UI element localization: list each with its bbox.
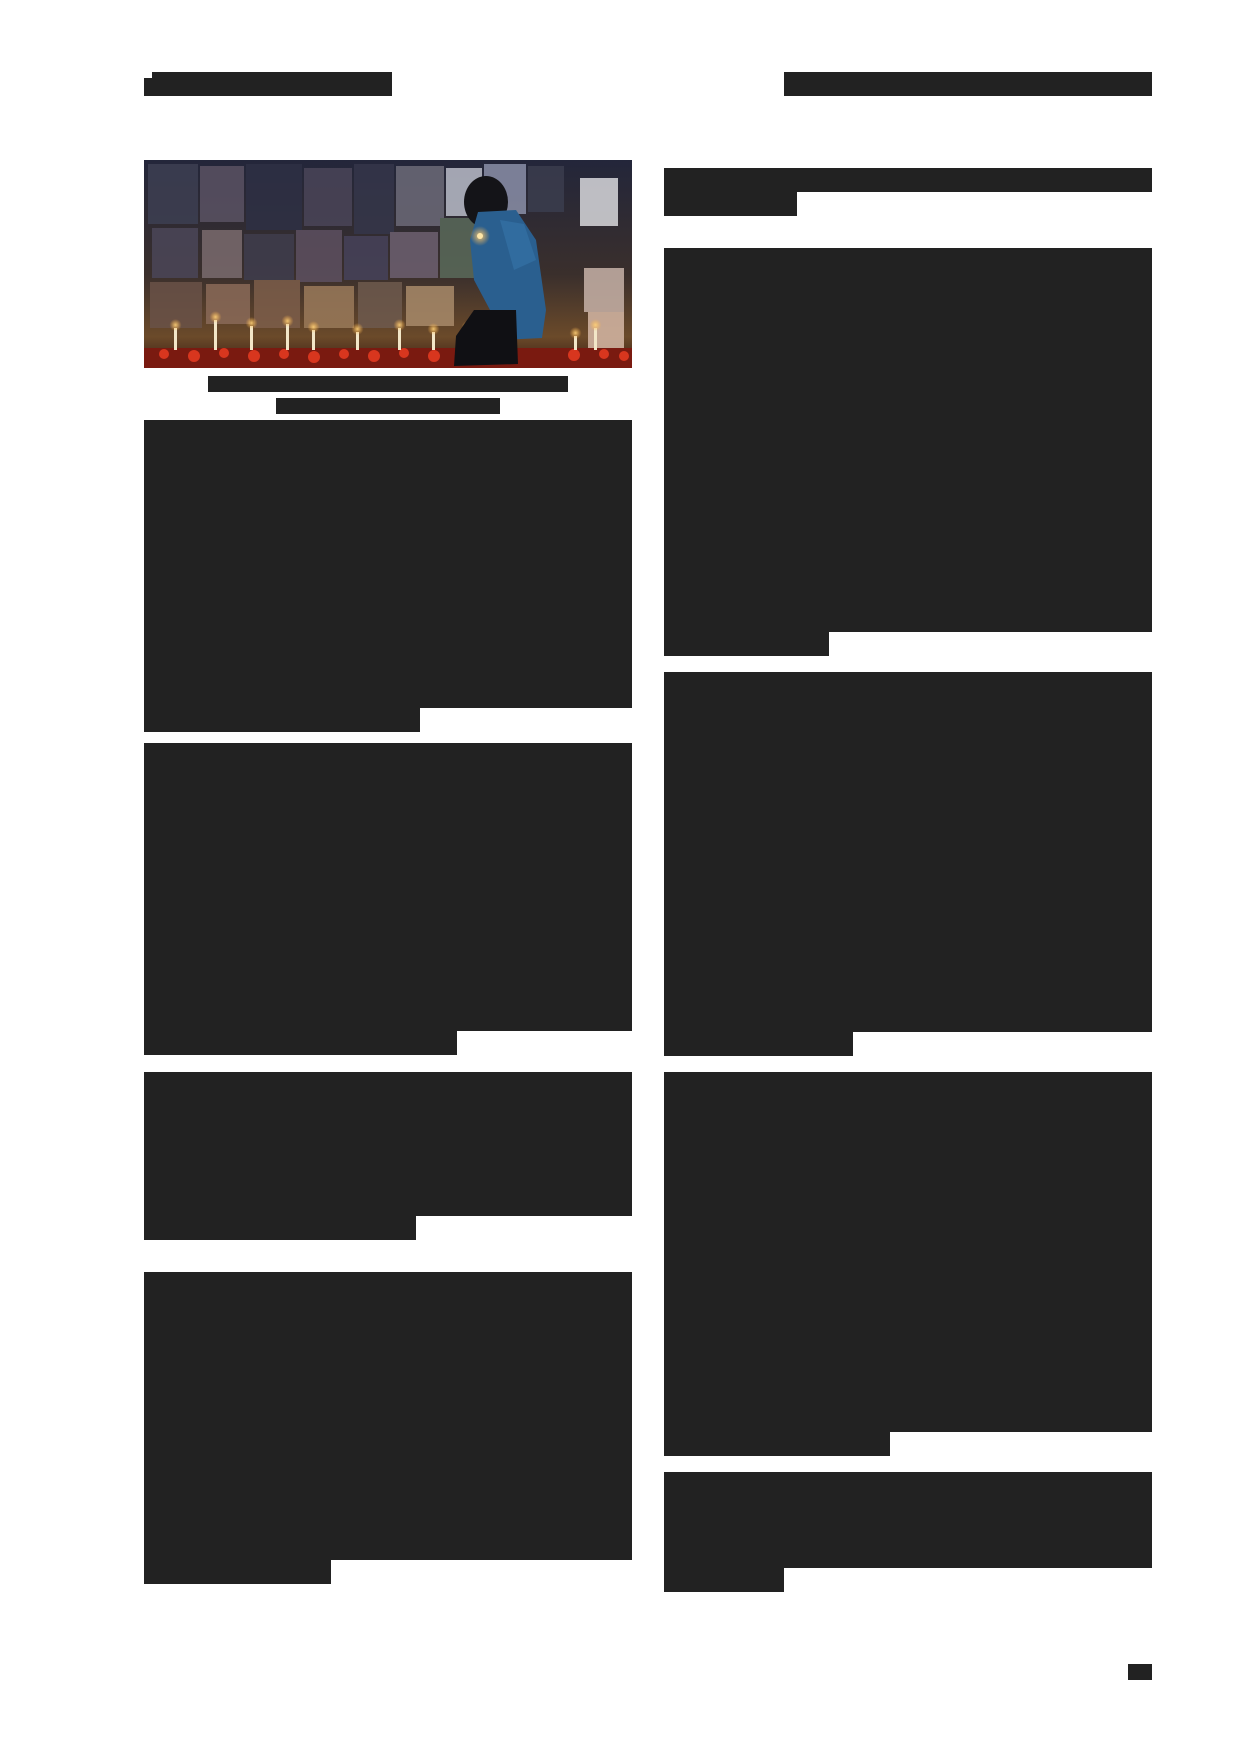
text-line: [redacted paragraph] (664, 464, 1152, 488)
text-line: [redacted paragraph] (664, 192, 797, 216)
text-line: [redacted paragraph] (664, 1312, 1152, 1336)
text-line: [redacted paragraph] (664, 1240, 1152, 1264)
text-line: [redacted paragraph] (144, 1296, 632, 1320)
text-line: [redacted paragraph] (144, 1368, 632, 1392)
vigil-image-icon (144, 160, 632, 368)
paragraph: [redacted paragraph][redacted paragraph]… (664, 1472, 1152, 1592)
text-line: [redacted paragraph] (664, 1096, 1152, 1120)
text-line: [redacted paragraph] (664, 1472, 1152, 1496)
text-line: [redacted paragraph] (664, 272, 1152, 296)
text-line: [redacted paragraph] (664, 1072, 1152, 1096)
text-line: [redacted paragraph] (664, 368, 1152, 392)
text-line: [redacted paragraph] (664, 744, 1152, 768)
text-line: [redacted paragraph] (664, 984, 1152, 1008)
text-line: [redacted paragraph] (144, 887, 632, 911)
text-line: [redacted paragraph] (144, 1072, 632, 1096)
text-line: [redacted paragraph] (144, 636, 632, 660)
text-line: [redacted paragraph] (664, 608, 1152, 632)
text-line: [redacted paragraph] (664, 1264, 1152, 1288)
text-line: [redacted paragraph] (664, 392, 1152, 416)
text-line: [redacted paragraph] (664, 1120, 1152, 1144)
text-line: [redacted paragraph] (144, 1144, 632, 1168)
running-header-right: [redacted section title] (784, 72, 1152, 96)
text-line: [redacted paragraph] (664, 488, 1152, 512)
text-line: [redacted paragraph] (664, 1568, 784, 1592)
text-line: [redacted paragraph] (144, 708, 420, 732)
text-line: [redacted paragraph] (664, 1032, 853, 1056)
text-line: [redacted paragraph] (664, 1496, 1152, 1520)
text-line: [redacted paragraph] (664, 768, 1152, 792)
text-line: [redacted paragraph] (144, 492, 632, 516)
text-line: [redacted paragraph] (144, 791, 632, 815)
text-line: [redacted paragraph] (144, 420, 632, 444)
text-line: [redacted paragraph] (144, 959, 632, 983)
text-line: [redacted paragraph] (144, 1560, 331, 1584)
text-line: [redacted paragraph] (664, 1544, 1152, 1568)
vigil-photo (144, 160, 632, 368)
paragraph: [redacted paragraph][redacted paragraph]… (664, 1072, 1152, 1456)
text-line: [redacted paragraph] (664, 512, 1152, 536)
text-line: [redacted paragraph] (144, 1320, 632, 1344)
text-line: [redacted paragraph] (144, 1216, 416, 1240)
text-line: [redacted paragraph] (144, 1272, 632, 1296)
text-line: [redacted paragraph] (664, 320, 1152, 344)
text-line: [redacted paragraph] (664, 1168, 1152, 1192)
text-line: [redacted paragraph] (664, 1432, 890, 1456)
paragraph: [redacted paragraph][redacted paragraph]… (144, 420, 632, 732)
caption-line: [redacted caption line 1] (208, 376, 568, 392)
figure-caption: [redacted caption line 1] [redacted capt… (144, 376, 632, 420)
text-line: [redacted paragraph] (664, 672, 1152, 696)
text-line: [redacted paragraph] (144, 444, 632, 468)
text-line: [redacted paragraph] (664, 344, 1152, 368)
text-line: [redacted paragraph] (664, 416, 1152, 440)
text-line: [redacted paragraph] (144, 1168, 632, 1192)
text-line: [redacted paragraph] (144, 516, 632, 540)
text-line: [redacted paragraph] (664, 1192, 1152, 1216)
text-line: [redacted paragraph] (144, 1096, 632, 1120)
text-line: [redacted paragraph] (144, 1440, 632, 1464)
text-line: [redacted paragraph] (664, 1360, 1152, 1384)
text-line: [redacted paragraph] (664, 960, 1152, 984)
text-line: [redacted paragraph] (664, 720, 1152, 744)
text-line: [redacted paragraph] (664, 632, 829, 656)
text-line: [redacted paragraph] (664, 1336, 1152, 1360)
page-number: [redacted] (1128, 1664, 1152, 1680)
text-line: [redacted paragraph] (664, 168, 1152, 192)
text-line: [redacted paragraph] (664, 792, 1152, 816)
paragraph: [redacted paragraph][redacted paragraph]… (144, 1072, 632, 1240)
paragraph: [redacted paragraph][redacted paragraph]… (144, 743, 632, 1055)
text-line: [redacted paragraph] (144, 588, 632, 612)
text-line: [redacted paragraph] (144, 1536, 632, 1560)
text-line: [redacted paragraph] (144, 564, 632, 588)
text-line: [redacted paragraph] (664, 1384, 1152, 1408)
text-line: [redacted paragraph] (664, 584, 1152, 608)
text-line: [redacted paragraph] (664, 1008, 1152, 1032)
text-line: [redacted paragraph] (144, 684, 632, 708)
text-line: [redacted paragraph] (144, 1464, 632, 1488)
text-line: [redacted paragraph] (664, 888, 1152, 912)
text-line: [redacted paragraph] (144, 1416, 632, 1440)
text-line: [redacted paragraph] (144, 468, 632, 492)
paragraph: [redacted paragraph][redacted paragraph]… (664, 248, 1152, 656)
text-line: [redacted paragraph] (664, 536, 1152, 560)
running-header-left: [redacted running header] (144, 72, 392, 96)
text-line: [redacted paragraph] (664, 560, 1152, 584)
text-line: [redacted paragraph] (144, 540, 632, 564)
text-line: [redacted paragraph] (664, 296, 1152, 320)
text-line: [redacted paragraph] (144, 1512, 632, 1536)
paragraph: [redacted paragraph][redacted paragraph]… (144, 1272, 632, 1584)
text-line: [redacted paragraph] (664, 840, 1152, 864)
text-line: [redacted paragraph] (144, 612, 632, 636)
text-line: [redacted paragraph] (664, 936, 1152, 960)
text-line: [redacted paragraph] (144, 839, 632, 863)
text-line: [redacted paragraph] (664, 696, 1152, 720)
text-line: [redacted paragraph] (144, 863, 632, 887)
text-line: [redacted paragraph] (664, 1216, 1152, 1240)
text-line: [redacted paragraph] (664, 1408, 1152, 1432)
text-line: [redacted paragraph] (664, 816, 1152, 840)
text-line: [redacted paragraph] (664, 912, 1152, 936)
text-line: [redacted paragraph] (144, 935, 632, 959)
text-line: [redacted paragraph] (144, 767, 632, 791)
text-line: [redacted paragraph] (144, 1120, 632, 1144)
text-line: [redacted paragraph] (144, 1031, 457, 1055)
text-line: [redacted paragraph] (144, 660, 632, 684)
caption-line: [redacted caption line 2] (276, 398, 500, 414)
paragraph: [redacted paragraph][redacted paragraph]… (664, 672, 1152, 1056)
text-line: [redacted paragraph] (144, 911, 632, 935)
text-line: [redacted paragraph] (144, 1392, 632, 1416)
text-line: [redacted paragraph] (144, 983, 632, 1007)
text-line: [redacted paragraph] (144, 1344, 632, 1368)
text-line: [redacted paragraph] (144, 1488, 632, 1512)
text-line: [redacted paragraph] (144, 1192, 632, 1216)
text-line: [redacted paragraph] (664, 1288, 1152, 1312)
text-line: [redacted paragraph] (664, 1520, 1152, 1544)
text-line: [redacted paragraph] (144, 815, 632, 839)
text-line: [redacted paragraph] (664, 1144, 1152, 1168)
paragraph: [redacted paragraph][redacted paragraph] (664, 168, 1152, 216)
text-line: [redacted paragraph] (664, 864, 1152, 888)
text-line: [redacted paragraph] (664, 248, 1152, 272)
text-line: [redacted paragraph] (664, 440, 1152, 464)
text-line: [redacted paragraph] (144, 743, 632, 767)
text-line: [redacted paragraph] (144, 1007, 632, 1031)
